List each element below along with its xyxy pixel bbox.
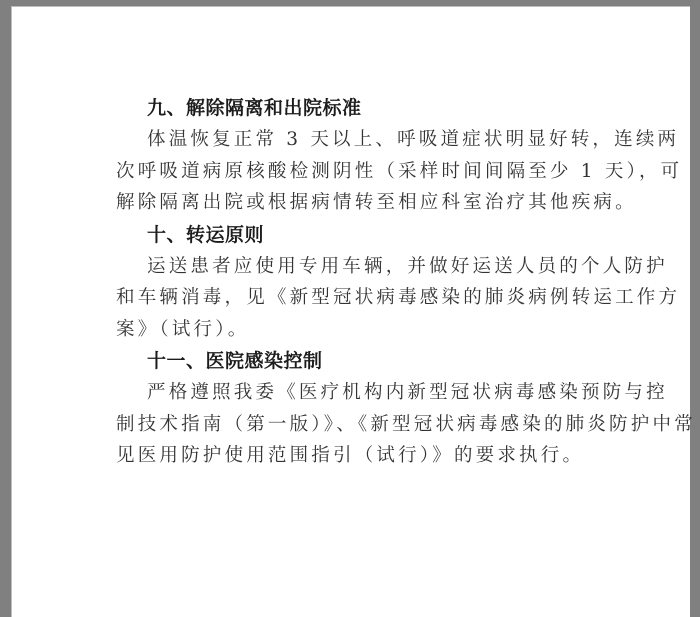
- section-discharge-criteria: 九、解除隔离和出院标准 体温恢复正常 3 天以上、呼吸道症状明显好转，连续两 次…: [116, 92, 594, 219]
- section-heading: 九、解除隔离和出院标准: [116, 92, 594, 124]
- paragraph-line: 解除隔离出院或根据病情转至相应科室治疗其他疾病。: [116, 187, 594, 219]
- paragraph-line: 严格遵照我委《医疗机构内新型冠状病毒感染预防与控: [116, 377, 594, 409]
- section-paragraph: 运送患者应使用专用车辆，并做好运送人员的个人防护 和车辆消毒，见《新型冠状病毒感…: [116, 251, 594, 346]
- section-transfer-principles: 十、转运原则 运送患者应使用专用车辆，并做好运送人员的个人防护 和车辆消毒，见《…: [116, 219, 594, 346]
- paragraph-line: 次呼吸道病原核酸检测阴性（采样时间间隔至少 1 天），可: [116, 156, 594, 188]
- paragraph-line: 运送患者应使用专用车辆，并做好运送人员的个人防护: [116, 251, 594, 283]
- section-paragraph: 严格遵照我委《医疗机构内新型冠状病毒感染预防与控 制技术指南（第一版）》、《新型…: [116, 377, 594, 472]
- paragraph-line: 制技术指南（第一版）》、《新型冠状病毒感染的肺炎防护中常: [116, 409, 594, 441]
- section-heading: 十一、医院感染控制: [116, 345, 594, 377]
- paragraph-line: 体温恢复正常 3 天以上、呼吸道症状明显好转，连续两: [116, 124, 594, 156]
- paragraph-line: 和车辆消毒，见《新型冠状病毒感染的肺炎病例转运工作方: [116, 282, 594, 314]
- document-viewer: 九、解除隔离和出院标准 体温恢复正常 3 天以上、呼吸道症状明显好转，连续两 次…: [0, 0, 700, 617]
- section-paragraph: 体温恢复正常 3 天以上、呼吸道症状明显好转，连续两 次呼吸道病原核酸检测阴性（…: [116, 124, 594, 219]
- page-content: 九、解除隔离和出院标准 体温恢复正常 3 天以上、呼吸道症状明显好转，连续两 次…: [116, 92, 594, 472]
- document-page: 九、解除隔离和出院标准 体温恢复正常 3 天以上、呼吸道症状明显好转，连续两 次…: [11, 6, 690, 617]
- paragraph-line: 见医用防护使用范围指引（试行）》的要求执行。: [116, 440, 594, 472]
- section-infection-control: 十一、医院感染控制 严格遵照我委《医疗机构内新型冠状病毒感染预防与控 制技术指南…: [116, 345, 594, 472]
- section-heading: 十、转运原则: [116, 219, 594, 251]
- paragraph-line: 案》（试行）。: [116, 314, 594, 346]
